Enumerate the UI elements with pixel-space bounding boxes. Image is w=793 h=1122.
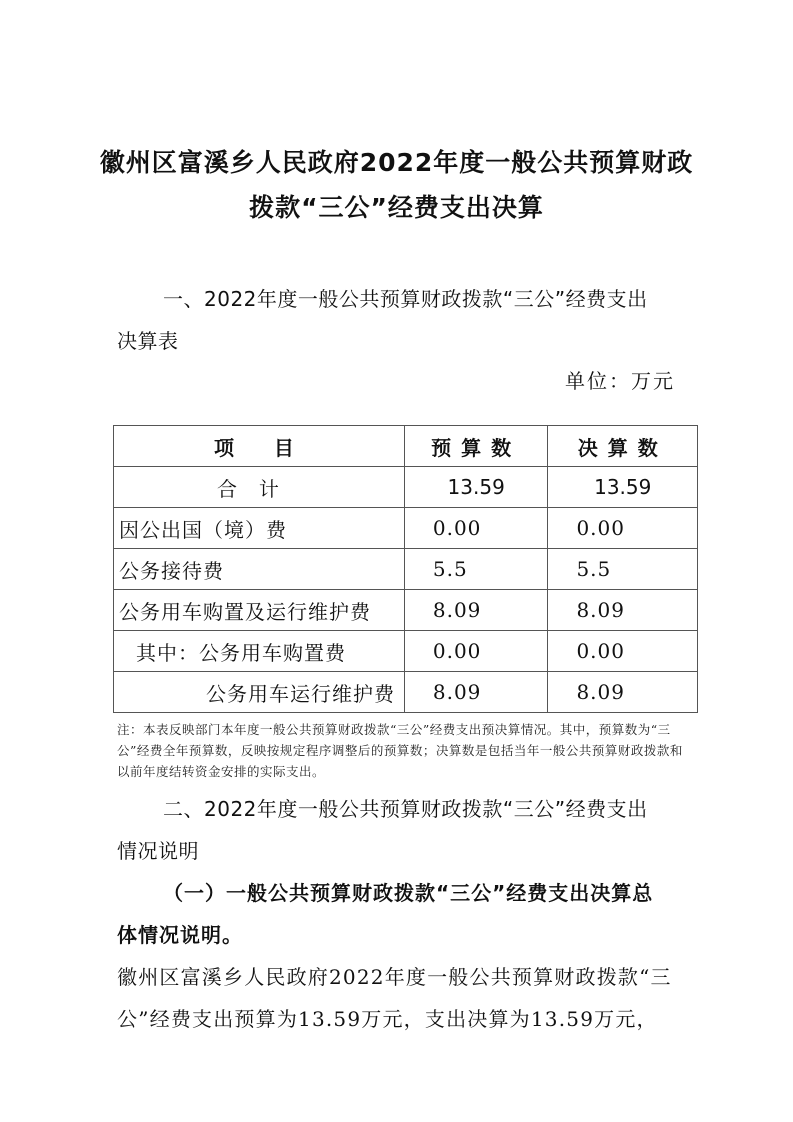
row-budget: 0.00	[404, 631, 548, 672]
body-paragraph-line-2: 公”经费支出预算为13.59万元，支出决算为13.59万元，	[117, 1003, 658, 1032]
total-budget: 13.59	[404, 467, 548, 508]
row-final: 8.09	[548, 590, 698, 631]
section-2-heading-line-1: 二、2022年度一般公共预算财政拨款“三公”经费支出	[163, 793, 648, 822]
header-budget: 预算数	[404, 426, 548, 467]
section-1-heading-line-2: 决算表	[117, 325, 179, 354]
row-label: 公务用车购置及运行维护费	[114, 590, 405, 631]
row-final: 0.00	[548, 508, 698, 549]
row-label: 公务接待费	[114, 549, 405, 590]
table-row: 公务接待费 5.5 5.5	[114, 549, 698, 590]
row-label: 公务用车运行维护费	[114, 672, 405, 713]
table-header-row: 项 目 预算数 决算数	[114, 426, 698, 467]
header-final: 决算数	[548, 426, 698, 467]
total-final: 13.59	[548, 467, 698, 508]
body-paragraph-line-1: 徽州区富溪乡人民政府2022年度一般公共预算财政拨款“三	[117, 961, 672, 990]
table-total-row: 合计 13.59 13.59	[114, 467, 698, 508]
table-row: 其中：公务用车购置费 0.00 0.00	[114, 631, 698, 672]
three-public-expenses-table: 项 目 预算数 决算数 合计 13.59 13.59 因公出国（境）费 0.00…	[113, 425, 698, 713]
row-final: 8.09	[548, 672, 698, 713]
table-row: 因公出国（境）费 0.00 0.00	[114, 508, 698, 549]
table-row: 公务用车运行维护费 8.09 8.09	[114, 672, 698, 713]
total-label: 合计	[114, 467, 405, 508]
row-budget: 8.09	[404, 672, 548, 713]
row-final: 5.5	[548, 549, 698, 590]
row-budget: 5.5	[404, 549, 548, 590]
row-label: 因公出国（境）费	[114, 508, 405, 549]
row-label: 其中：公务用车购置费	[114, 631, 405, 672]
section-2-heading-line-2: 情况说明	[117, 835, 199, 864]
subsection-1-heading-line-2: 体情况说明。	[117, 919, 243, 948]
unit-label: 单位：万元	[565, 365, 675, 394]
row-budget: 8.09	[404, 590, 548, 631]
header-item: 项 目	[114, 426, 405, 467]
document-title-line-2: 拨款“三公”经费支出决算	[0, 188, 793, 224]
row-budget: 0.00	[404, 508, 548, 549]
document-title-line-1: 徽州区富溪乡人民政府2022年度一般公共预算财政	[0, 143, 793, 179]
subsection-1-heading-line-1: （一）一般公共预算财政拨款“三公”经费支出决算总	[163, 877, 653, 906]
table-note: 注：本表反映部门本年度一般公共预算财政拨款“三公”经费支出预决算情况。其中，预算…	[117, 719, 692, 782]
row-final: 0.00	[548, 631, 698, 672]
table-row: 公务用车购置及运行维护费 8.09 8.09	[114, 590, 698, 631]
section-1-heading-line-1: 一、2022年度一般公共预算财政拨款“三公”经费支出	[163, 283, 648, 312]
